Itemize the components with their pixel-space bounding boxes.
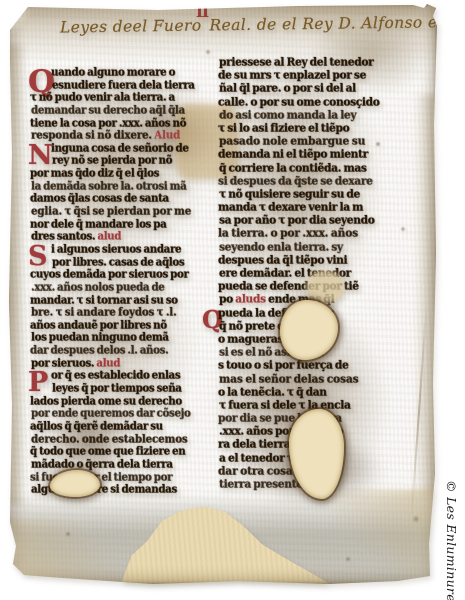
text-line: rey nõ se pierda por nõ — [31, 154, 195, 167]
text-line: damos q̃las cosas de santa — [30, 192, 195, 205]
text-line: despues da q̃l tiẽpo vini — [218, 254, 378, 268]
text-line: τ nõ quisiere seguir su de — [219, 188, 378, 202]
header-inscription: Leyes deel FueroReal. de el Rey D. Alfon… — [60, 13, 420, 36]
text-line: uando alguno morare o — [30, 66, 195, 79]
rubric-word: Alud — [154, 129, 180, 142]
text-line: por ende queremos dar cõsejo — [31, 407, 195, 420]
text-line: pasado nole embargue su — [219, 135, 378, 149]
text-line: demanda ni el tiẽpo mientr — [218, 148, 378, 162]
text-line: bre. τ si andare foydos τ .l. — [31, 306, 195, 319]
text-line: dres santos. alud — [31, 230, 195, 243]
manuscript-paragraph: Si algunos sieruos andarepor libres. cas… — [30, 243, 195, 369]
manuscript-leaf: Leyes deel FueroReal. de el Rey D. Alfon… — [8, 4, 437, 584]
parchment-stain — [333, 489, 437, 584]
parchment-repair-patch — [112, 505, 330, 584]
text-line: mãdado o q̃erra dela tierra — [31, 458, 195, 471]
text-line: dar despues delos .l. años. — [30, 344, 195, 357]
text-line: priessese al Rey del tenedor — [219, 56, 378, 70]
text-line: lados pierda ome su derecho — [30, 395, 195, 408]
text-line: leyes q̃ por tiempos seña — [31, 382, 195, 395]
text-line: cuyos demãda por sieruos por — [30, 268, 195, 281]
text-line: i algunos sieruos andare — [30, 243, 195, 256]
text-line: mandar. τ si tornar asi su so — [30, 294, 195, 307]
text-line: por libres. casas de aq̃los — [31, 256, 195, 269]
parchment-hole — [50, 470, 100, 497]
rubric-word: aluds — [235, 293, 265, 306]
text-line: mas el señor delas cosas — [219, 373, 378, 387]
text-line: q̃ corriere la contiẽda. mas — [219, 162, 378, 176]
text-line: τ fuera si dele τ la encla — [219, 399, 378, 413]
text-line: q̃ todo que ome que fiziere en — [30, 445, 195, 458]
text-line: .xxx. años nolos pueda de — [31, 281, 195, 294]
text-line: los puedan ninguno demã — [31, 331, 195, 344]
text-line: responda si nõ dixere. Alud — [31, 129, 195, 142]
text-line: pueda se defender por tiẽ — [218, 280, 378, 294]
header-title-left: Leyes deel Fuero — [60, 17, 202, 37]
text-line: τ si lo asi fiziere el tiẽpo — [218, 122, 378, 136]
text-line: derecho. onde establecemos — [31, 433, 195, 446]
text-line: eglia. τ q̃si se pierdan por me — [31, 205, 195, 218]
text-line: calle. o por su ome conosçido — [218, 96, 378, 110]
text-line: demandar su derecho aq̃l q̃la — [31, 104, 195, 117]
text-line: seyendo enla tierra. sy — [219, 241, 378, 255]
text-line: tiene la cosa por .xxx. años nõ — [30, 117, 195, 130]
manuscript-paragraph: Quando alguno morare oesnudiere fuera de… — [30, 66, 195, 142]
parchment-crease — [411, 304, 428, 519]
text-line: o la tenẽcia. τ q̃ dan — [218, 386, 378, 400]
text-line: ere demãdar. el tenedor — [219, 267, 378, 281]
text-line: or q̃ es establecido enlas — [30, 369, 195, 382]
parchment-pale-spot — [306, 270, 344, 304]
text-line: nor dele q̃ mandare los pa — [30, 218, 195, 231]
text-line: esnudiere fuera dela tierra — [31, 79, 195, 92]
text-line: de su mrs τ enplazel por se — [218, 69, 378, 83]
copyright-credit: © Les Enluminures — [443, 480, 459, 598]
rubric-word: alud — [96, 357, 120, 370]
photo-canvas: Leyes deel FueroReal. de el Rey D. Alfon… — [0, 0, 465, 600]
text-line: aq̃llos q̃ q̃erẽ demãdar su — [30, 420, 195, 433]
manuscript-paragraph: priessese al Rey del tenedorde su mrs τ … — [218, 56, 378, 307]
parchment-stain — [8, 44, 26, 504]
text-line: por mas q̃do diz q̃ el q̃los — [30, 167, 195, 180]
folio-numeral: II — [196, 3, 208, 21]
text-line: manda τ dexare venir la m — [218, 201, 378, 215]
manuscript-paragraph: Ninguna cosa de señorio derey nõ se pier… — [30, 142, 195, 243]
text-line: τ nõ pudo venir ala tierra. a — [30, 91, 195, 104]
text-line: si despues da q̃ste se dexare — [218, 175, 378, 189]
text-line: do asi como manda la ley — [219, 109, 378, 123]
text-column-left: Quando alguno morare oesnudiere fuera de… — [30, 66, 195, 496]
text-line: s touo o si por fuerça de — [218, 359, 378, 373]
text-line: la tierra. o por .xxx. años — [218, 227, 378, 241]
leaf-shadow-wrap: Leyes deel FueroReal. de el Rey D. Alfon… — [8, 4, 437, 584]
parchment-stain — [413, 94, 437, 494]
rubric-word: alud — [97, 230, 121, 243]
header-title-right: Real. de el Rey D. Alfonso el X. — [209, 13, 465, 35]
text-line: ñal q̃l pare. o por si del al — [219, 82, 378, 96]
